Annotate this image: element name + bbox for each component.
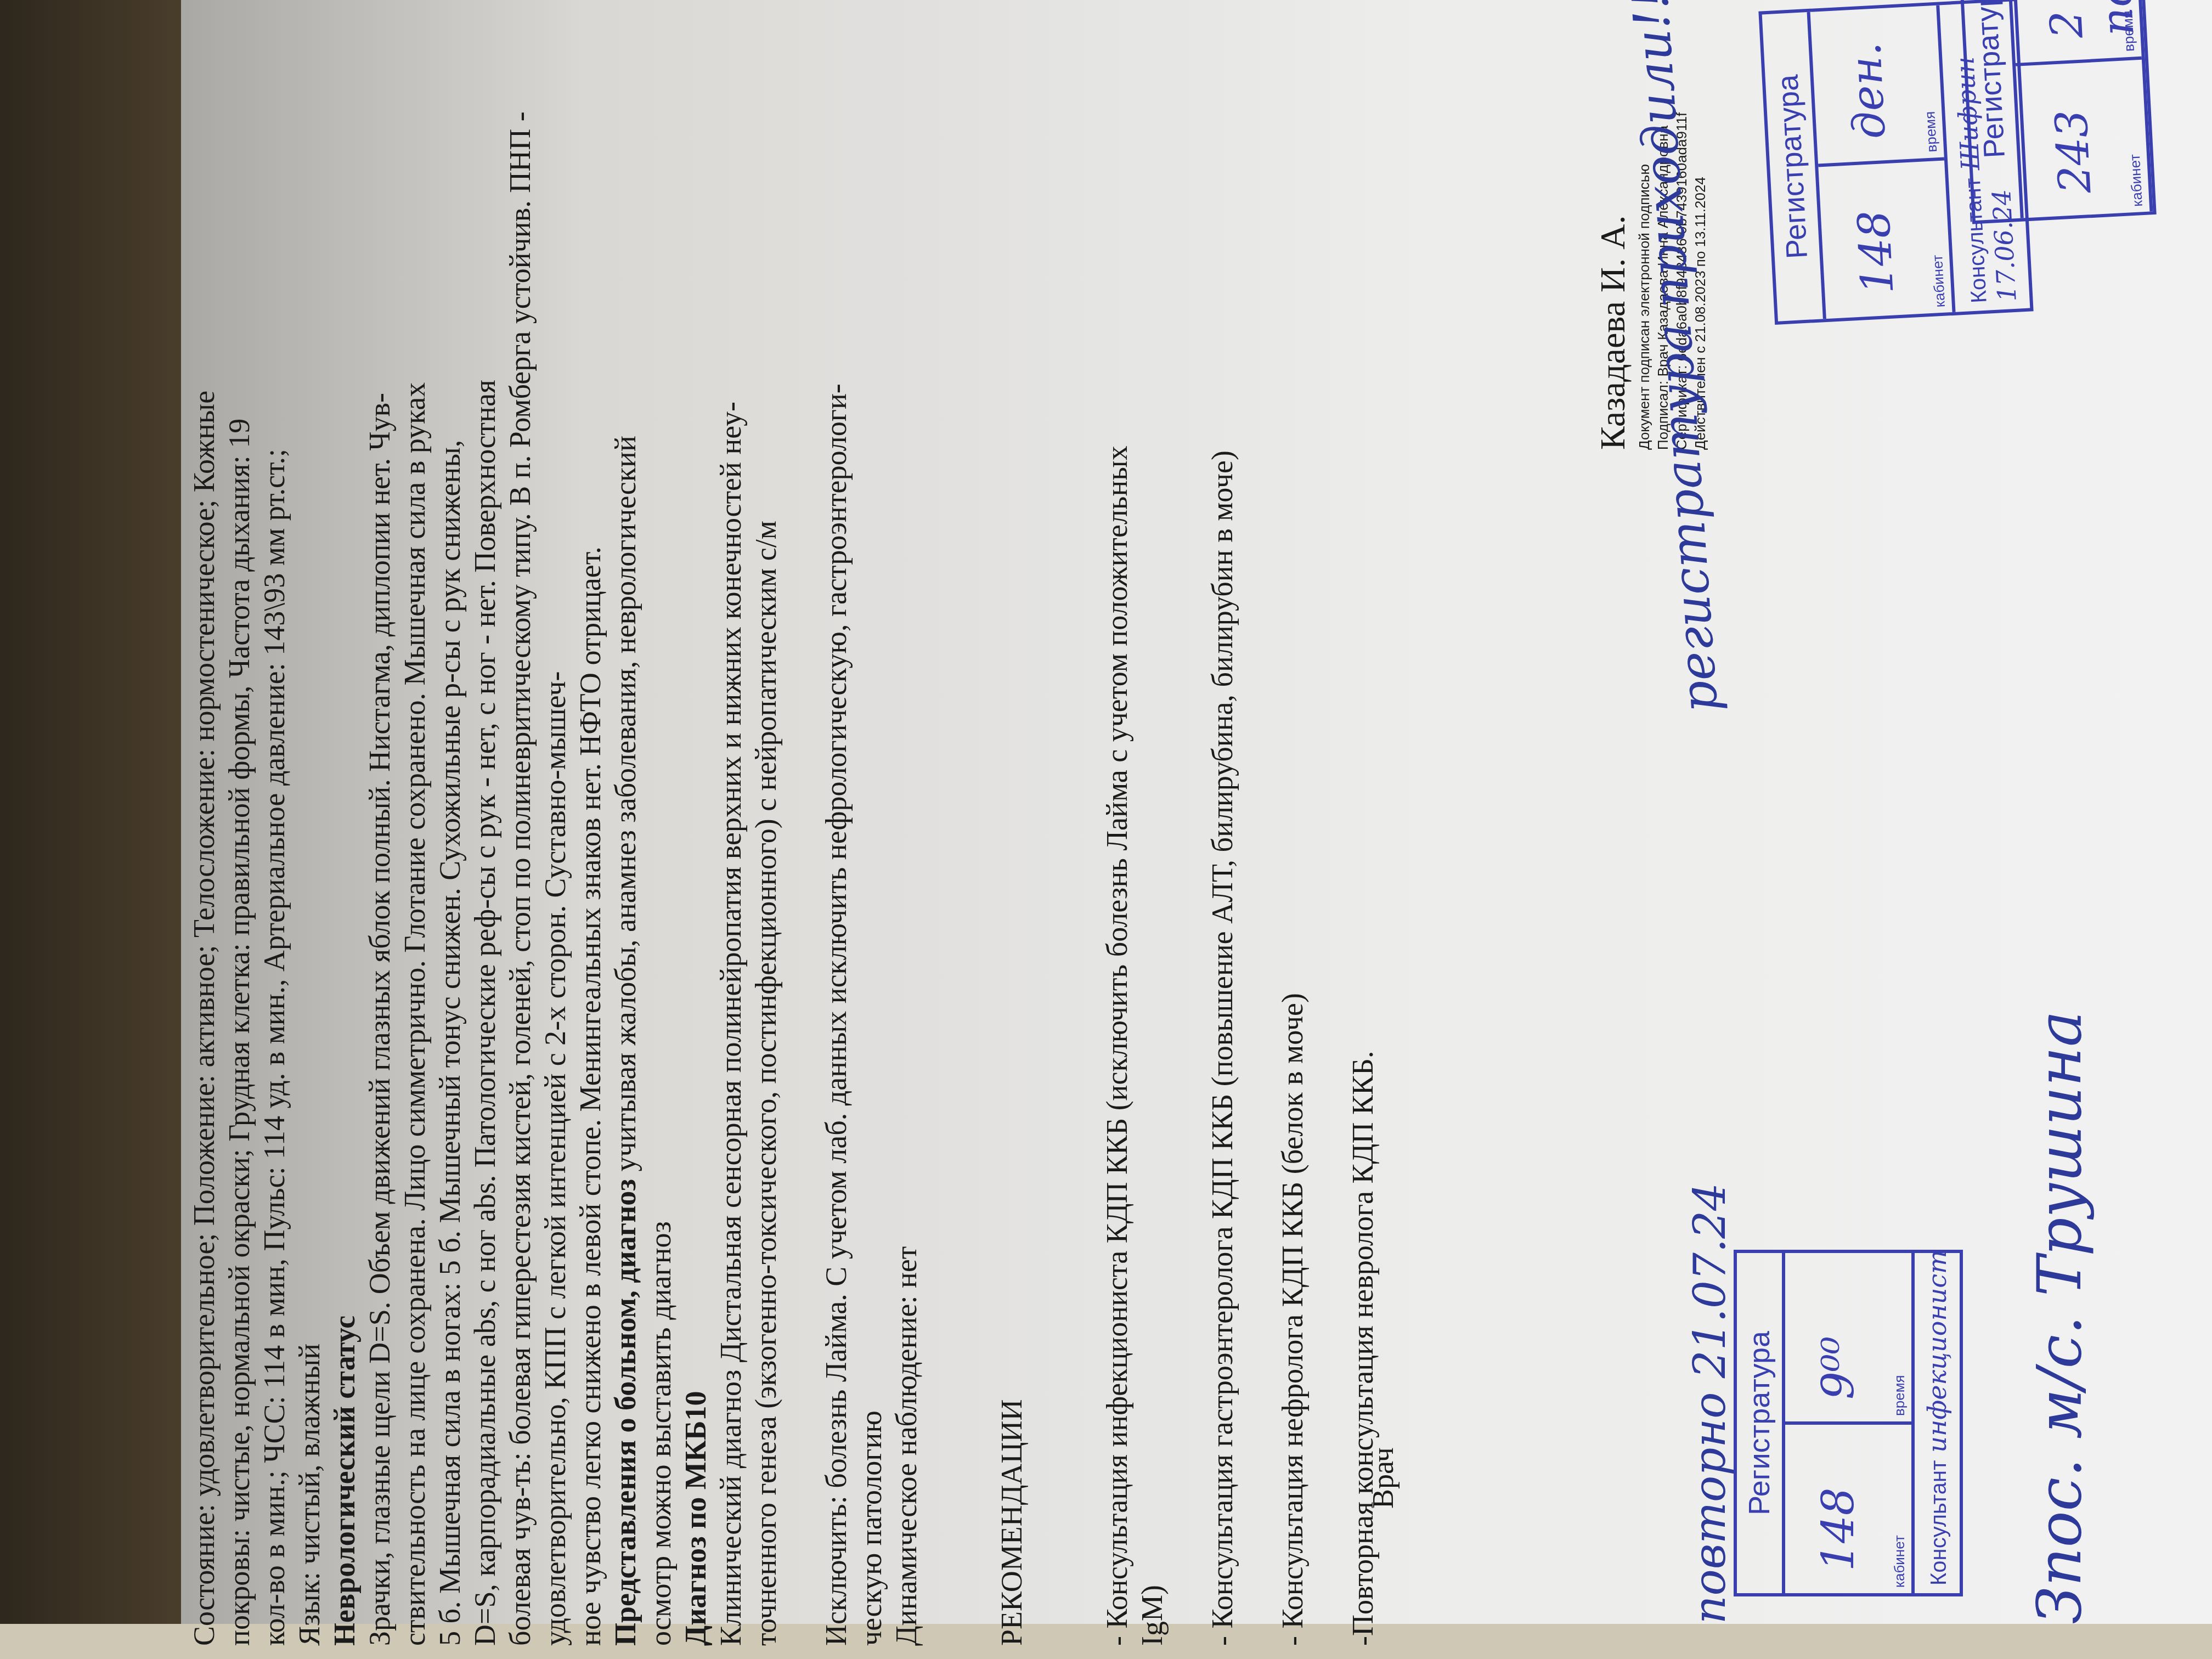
table-surface: [0, 0, 187, 1659]
handwritten-note: повторно 21.07.24: [1684, 1183, 1735, 1624]
assessment-line: осмотр можно выставить диагноз: [643, 0, 678, 1646]
recommendation-item: - Консультация гастроэнтеролога КДП ККБ …: [1205, 0, 1240, 1646]
neuro-line: ное чувство легко снижено в левой стопе.…: [573, 0, 608, 1646]
status-line: кол-во в мин.; ЧСС: 114 в мин, Пульс: 11…: [257, 0, 292, 1646]
doctor-label: Врач: [1366, 1447, 1400, 1509]
time-label: время: [1891, 1375, 1908, 1416]
neuro-line: болевая чув-ть: болевая гиперестезия кис…: [503, 0, 573, 1646]
status-line: Язык: чистый, влажный: [292, 0, 327, 1646]
recommendations-heading: РЕКОМЕНДАЦИИ: [994, 0, 1029, 1646]
status-line: Состояние: удовлетворительное; Положение…: [187, 0, 222, 1646]
time-label: время: [2119, 10, 2138, 52]
assessment-heading: Представления о больном, диагноз: [609, 1179, 642, 1646]
diagnosis-line: точненного генеза (экзогенно-токсическог…: [748, 0, 783, 1646]
neuro-line: Зрачки, глазные щели D=S. Объем движений…: [362, 0, 397, 1646]
icd-heading: Диагноз по МКБ10: [678, 0, 713, 1646]
stamp-title: Регистратура: [1737, 1253, 1785, 1593]
cabinet-label: кабинет: [2126, 154, 2146, 207]
cabinet-label: кабинет: [1929, 255, 1949, 308]
neuro-line: D=S, карпорадиальные abs, с ног abs. Пат…: [467, 0, 503, 1646]
cabinet-value: 148: [1848, 209, 1904, 295]
recommendation-item: -Повторная консультация невролога КДП КК…: [1345, 0, 1380, 1646]
cabinet-label: кабинет: [1891, 1535, 1908, 1588]
neuro-line: ствительность на лице сохранена. Лицо си…: [397, 0, 432, 1646]
exclude-line: ческую патологию: [854, 0, 889, 1646]
assessment-line: Представления о больном, диагноз учитыва…: [608, 0, 643, 1646]
signer-name: Казадаева И. А.: [1591, 112, 1635, 450]
diagnosis-line: Клинический диагноз Дистальная сенсорная…: [713, 0, 748, 1646]
neuro-line: 5 б. Мышечная сила в ногах: 5 б. Мышечны…: [432, 0, 467, 1646]
time-value: ден.: [1839, 41, 1895, 140]
registry-stamp: Регистратура 243кабинет 2 пос.время: [1956, 0, 2156, 224]
registry-stamp: Регистратура 148кабинет 9⁰⁰время Консуль…: [1734, 1250, 1963, 1596]
exclude-line: Исключить: болезнь Лайма. С учетом лаб. …: [819, 0, 854, 1646]
consultant-value: инфекционист: [1922, 1250, 1952, 1452]
time-label: время: [1921, 111, 1940, 153]
recommendation-item: - Консультация инфекциониста КДП ККБ (ис…: [1099, 0, 1135, 1646]
recommendation-item: - Консультация нефролога КДП ККБ (белок …: [1275, 0, 1310, 1646]
assessment-text: учитывая жалобы, анамнез заболевания, не…: [609, 436, 642, 1179]
consultant-label: Консультант: [1927, 1460, 1951, 1585]
status-line: покровы: чистые, нормальной окраски; Гру…: [222, 0, 257, 1646]
exclude-line: Динамическое наблюдение: нет: [889, 0, 924, 1646]
handwritten-signature: Зпос. м/с. Трушина: [2024, 1011, 2095, 1624]
recommendation-item: IgM): [1135, 0, 1170, 1646]
cabinet-value: 243: [2046, 109, 2101, 195]
cabinet-value: 148: [1813, 1487, 1864, 1571]
neuro-heading: Неврологический статус: [327, 0, 362, 1646]
document-page: Состояние: удовлетворительное; Положение…: [187, 0, 2140, 1646]
time-value: 9⁰⁰: [1813, 1336, 1864, 1400]
